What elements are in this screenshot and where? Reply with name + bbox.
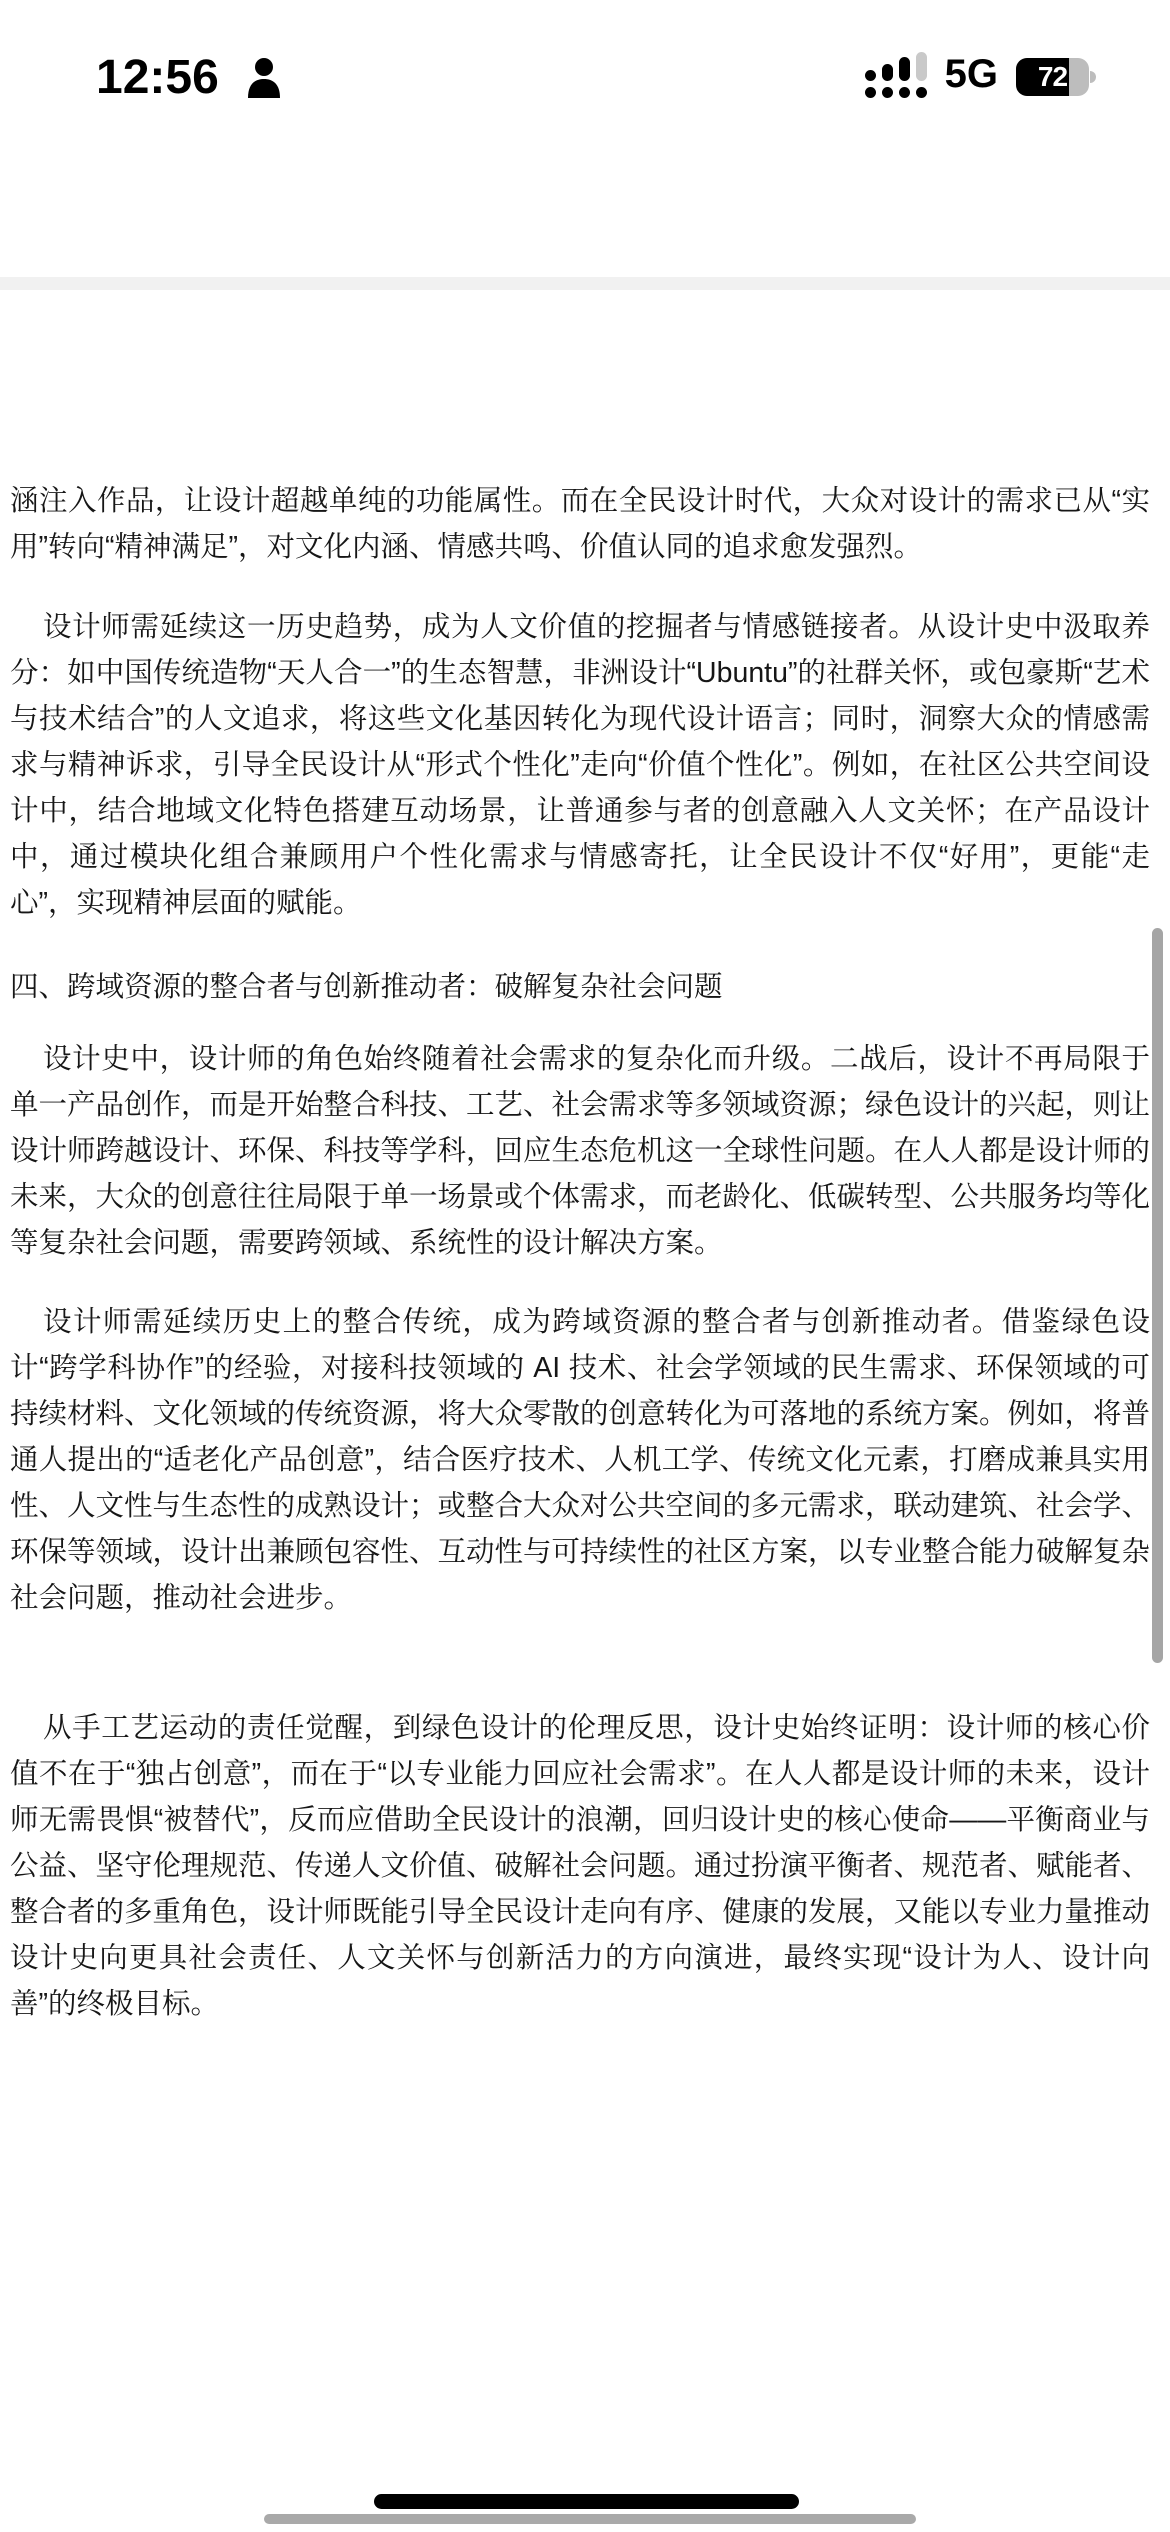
horizontal-scrollbar[interactable] [264,2514,916,2524]
section-heading: 四、跨域资源的整合者与创新推动者：破解复杂社会问题 [10,964,1150,1010]
paragraph: 从手工艺运动的责任觉醒，到绿色设计的伦理反思，设计史始终证明：设计师的核心价值不… [10,1705,1150,2027]
battery-cap [1090,71,1096,83]
status-bar: 12:56 5G 72 [0,0,1170,130]
battery-icon: 72 [1016,58,1096,96]
battery-percent: 72 [1016,58,1089,96]
home-indicator[interactable] [374,2494,799,2509]
paragraph: 设计师需延续这一历史趋势，成为人文价值的挖掘者与情感链接者。从设计史中汲取养分：… [10,604,1150,926]
status-time: 12:56 [96,50,219,105]
vertical-scrollbar[interactable] [1152,928,1163,1663]
network-type-label: 5G [945,54,998,98]
document-page[interactable]: 涵注入作品，让设计超越单纯的功能属性。而在全民设计时代，大众对设计的需求已从“实… [10,478,1150,2027]
paragraph: 设计师需延续历史上的整合传统，成为跨域资源的整合者与创新推动者。借鉴绿色设计“跨… [10,1299,1150,1621]
paragraph: 设计史中，设计师的角色始终随着社会需求的复杂化而升级。二战后，设计不再局限于单一… [10,1036,1150,1266]
cellular-signal-icon [865,54,927,98]
status-right-cluster: 5G 72 [865,50,1096,98]
paragraph: 涵注入作品，让设计超越单纯的功能属性。而在全民设计时代，大众对设计的需求已从“实… [10,478,1150,570]
person-icon [246,58,282,98]
battery-body: 72 [1016,58,1089,96]
page-separator [0,277,1170,290]
